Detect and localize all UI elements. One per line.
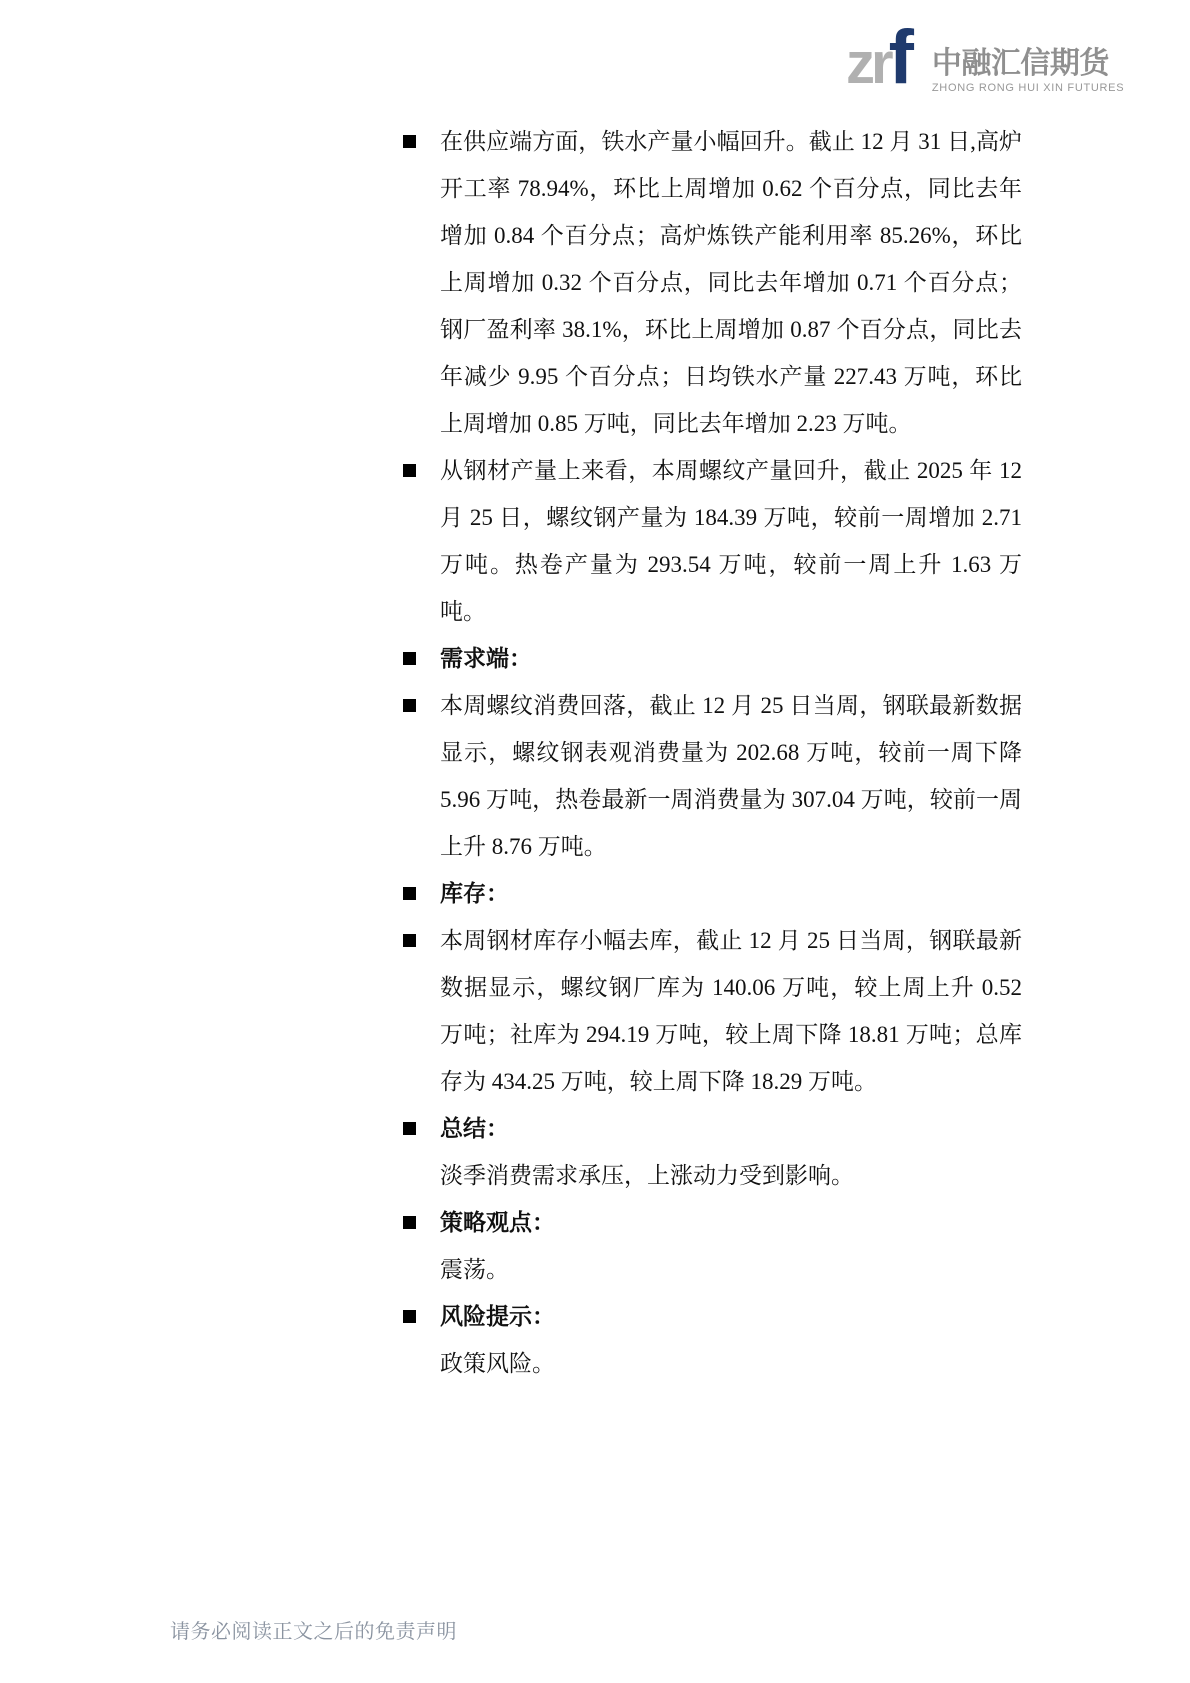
production-paragraph: 从钢材产量上来看，本周螺纹产量回升，截止 2025 年 12 月 25 日，螺纹…: [440, 447, 1022, 635]
inventory-paragraph: 本周钢材库存小幅去库，截止 12 月 25 日当周，钢联最新数据显示，螺纹钢厂库…: [440, 917, 1022, 1105]
summary-text: 淡季消费需求承压，上涨动力受到影响。: [440, 1152, 1022, 1199]
strategy-text: 震荡。: [440, 1246, 1022, 1293]
bullet-item-inventory-heading: 库存：: [440, 870, 1022, 917]
bullet-square-icon: [403, 887, 416, 900]
demand-heading: 需求端：: [440, 635, 1022, 682]
company-name-en: ZHONG RONG HUI XIN FUTURES: [932, 82, 1124, 94]
bullet-square-icon: [403, 464, 416, 477]
bullet-square-icon: [403, 934, 416, 947]
company-name-block: 中融汇信期货 ZHONG RONG HUI XIN FUTURES: [932, 48, 1124, 95]
logo-mark-f: f: [889, 15, 914, 100]
logo-mark-zr: zr: [846, 31, 890, 96]
bullet-item-production: 从钢材产量上来看，本周螺纹产量回升，截止 2025 年 12 月 25 日，螺纹…: [440, 447, 1022, 635]
bullet-square-icon: [403, 135, 416, 148]
strategy-heading: 策略观点：: [440, 1199, 1022, 1246]
report-summary-list: 在供应端方面，铁水产量小幅回升。截止 12 月 31 日,高炉开工率 78.94…: [440, 118, 1022, 1387]
footer-disclaimer: 请务必阅读正文之后的免责声明: [170, 1615, 457, 1644]
risk-heading: 风险提示：: [440, 1293, 1022, 1340]
supply-paragraph: 在供应端方面，铁水产量小幅回升。截止 12 月 31 日,高炉开工率 78.94…: [440, 118, 1022, 447]
bullet-item-demand-heading: 需求端：: [440, 635, 1022, 682]
bullet-square-icon: [403, 1216, 416, 1229]
bullet-square-icon: [403, 1122, 416, 1135]
bullet-square-icon: [403, 699, 416, 712]
risk-text: 政策风险。: [440, 1340, 1022, 1387]
strategy-text-line: 震荡。: [440, 1246, 1022, 1293]
bullet-square-icon: [403, 1310, 416, 1323]
bullet-item-supply: 在供应端方面，铁水产量小幅回升。截止 12 月 31 日,高炉开工率 78.94…: [440, 118, 1022, 447]
summary-text-line: 淡季消费需求承压，上涨动力受到影响。: [440, 1152, 1022, 1199]
bullet-item-summary-heading: 总结：: [440, 1105, 1022, 1152]
demand-paragraph: 本周螺纹消费回落，截止 12 月 25 日当周，钢联最新数据显示，螺纹钢表观消费…: [440, 682, 1022, 870]
zrf-logo-icon: zrf: [846, 20, 914, 96]
bullet-item-demand: 本周螺纹消费回落，截止 12 月 25 日当周，钢联最新数据显示，螺纹钢表观消费…: [440, 682, 1022, 870]
bullet-square-icon: [403, 652, 416, 665]
company-name-cn: 中融汇信期货: [932, 48, 1124, 80]
risk-text-line: 政策风险。: [440, 1340, 1022, 1387]
summary-heading: 总结：: [440, 1105, 1022, 1152]
bullet-item-risk-heading: 风险提示：: [440, 1293, 1022, 1340]
bullet-item-strategy-heading: 策略观点：: [440, 1199, 1022, 1246]
company-logo: zrf 中融汇信期货 ZHONG RONG HUI XIN FUTURES: [846, 20, 1124, 96]
report-page: zrf 中融汇信期货 ZHONG RONG HUI XIN FUTURES 在供…: [0, 0, 1190, 1683]
inventory-heading: 库存：: [440, 870, 1022, 917]
bullet-item-inventory: 本周钢材库存小幅去库，截止 12 月 25 日当周，钢联最新数据显示，螺纹钢厂库…: [440, 917, 1022, 1105]
